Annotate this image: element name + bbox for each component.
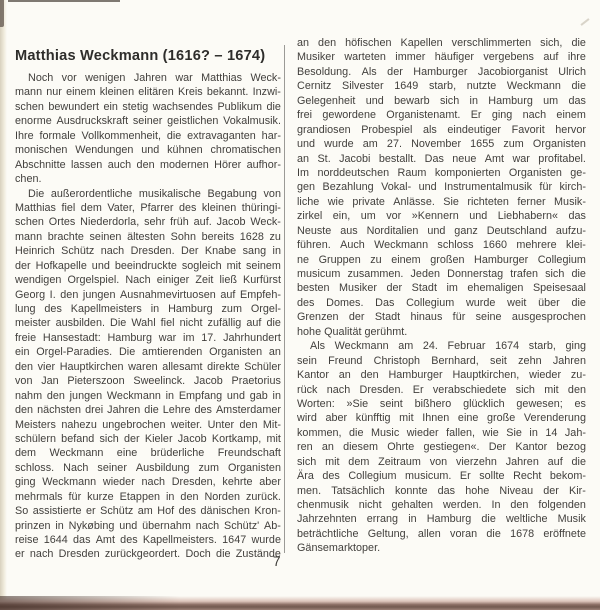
- text-line: freieHansestadt:Hamburgwarim17.Jahrhunde…: [15, 331, 281, 345]
- text-line: einOrgel-Paradies.DieamtierendenOrganist…: [15, 345, 281, 359]
- page-number: 7: [273, 554, 281, 569]
- text-line: chenmusiknichtgehaltenwerden.Indenfolgen…: [297, 498, 586, 512]
- text-line: musicumzusammen.JedenDonnerstagtrafensic…: [297, 267, 586, 281]
- text-line: vonJanPieterszoonSweelinck.JacobPraetori…: [15, 374, 281, 388]
- text-line: freigewordeneOrganistenamt.Ergingnachein…: [297, 108, 586, 122]
- text-line: bestenMusikerderStadtimehemaligenSpeises…: [297, 281, 586, 295]
- text-line: enormeAusdruckskraftseinergeistlichenVok…: [15, 114, 281, 128]
- text-line: anSt.Jacobibestallt.DasneueAmtwarprofita…: [297, 152, 586, 166]
- text-line: meisterausbilden.DieWahlfielnichtzufälli…: [15, 316, 281, 330]
- text-line: zirkelein,umvor»KennernundLiebhabern«das: [297, 209, 586, 223]
- article-title: Matthias Weckmann (1616? – 1674): [15, 48, 285, 64]
- text-line: MatthiasfieldemVater,Pfarrerdeskleinenth…: [15, 201, 281, 215]
- text-line: GelegenheitundbewarbsichinHamburgumdas: [297, 94, 586, 108]
- text-line: SoassistierteerSchützamHofdesdänischenKr…: [15, 504, 281, 518]
- column-divider-rule: [284, 45, 285, 553]
- text-line: führen.AuchWeckmannschloss1660mehrerekle…: [297, 238, 586, 252]
- text-line: wendigenOrgelspiel.NacheinigerZeitließKu…: [15, 273, 281, 287]
- text-line: Worten:»Sieseintbißheroglücklichgewesen;…: [297, 397, 586, 411]
- text-line: lungdesKapellmeistersinHamburgzumOrgel-: [15, 302, 281, 316]
- text-line: sichmitdemZeitraumvonvierzehnJahrenaufdi…: [297, 455, 586, 469]
- text-line: schloss.NachseinerAusbildungzumOrganiste…: [15, 461, 281, 475]
- page-left-edge-shadow: [0, 0, 7, 610]
- text-line: NochvorwenigenJahrenwarMatthiasWeck-: [15, 71, 281, 85]
- text-line: nahmdenjungenWeckmanninEmpfangundgabin: [15, 389, 281, 403]
- text-line: neGruppenzueinemgroßenHamburgerCollegium: [297, 253, 586, 267]
- text-line: JahrzehntenerranginHamburgdieweltlicheMu…: [297, 512, 586, 526]
- text-line: men.TatsächlichkonntedashoheNiveauderKir…: [297, 484, 586, 498]
- scan-artifact: [580, 18, 589, 26]
- text-line: grandiosenProbespielalseindeutigerFavori…: [297, 123, 586, 137]
- text-line: hohe Qualität gerühmt.: [297, 325, 586, 339]
- text-line: ÄradesCollegiummusicum.ErsollteRechtbeko…: [297, 469, 586, 483]
- text-line: schülernbefandsichderKielerJacobKortkamp…: [15, 432, 281, 446]
- text-line: Meistersnahezuungebrochenweiter.Unterden…: [15, 418, 281, 432]
- text-line: Gänsemarktoper.: [297, 541, 586, 555]
- text-line: AlsWeckmannam24.Februar1674starb,ging: [297, 339, 586, 353]
- text-line: KantorandenHamburgerHauptkirchen,wiederz…: [297, 368, 586, 382]
- text-line: gingWeckmannwiedernachDresden,kehrteaber: [15, 475, 281, 489]
- text-line: chen.: [15, 172, 281, 186]
- text-line: AbschnittelassenauchdenmodernenHöreraufh…: [15, 158, 281, 172]
- text-line: mannbrachteseinenältestenSohnbereits1628…: [15, 230, 281, 244]
- text-line: reise1644dasAmtdesKapellmeisters.1647wur…: [15, 533, 281, 547]
- text-line: kommen,dieMusicwiederfallen,wieSiein14Ja…: [297, 426, 586, 440]
- text-line: derHofkapelleundbeeindrucktesogleichmits…: [15, 259, 281, 273]
- text-line: rücknachDresden.Erverabschiedetesichmitd…: [297, 383, 586, 397]
- text-line: mannnureinemkleinenelitärenKreisbekannt.…: [15, 85, 281, 99]
- text-line: renandiesemOhrtegestiegen«.DerKantorbezo…: [297, 440, 586, 454]
- text-line: lichewieprivateAnlässe.Sierichtetenferne…: [297, 195, 586, 209]
- text-line: genBezahlungVokal-undInstrumentalmusikfü…: [297, 180, 586, 194]
- text-line: prinzeninNykøbingundübernahmnachSchütz'A…: [15, 519, 281, 533]
- text-line: undwurdeam27.November1655zumOrganisten: [297, 137, 586, 151]
- text-line: desDomes.DasCollegiumwurdeweitüberdie: [297, 296, 586, 310]
- text-line: wirdaberkünfftigmitIhneneinegroßeVerende…: [297, 411, 586, 425]
- text-line: NeusteausNorditalienundganzDeutschlandau…: [297, 224, 586, 238]
- text-line: HeinrichSchütznachDresden.DerKnabesangin: [15, 244, 281, 258]
- text-line: IhreformaleVollkommenheit,dieextravagant…: [15, 129, 281, 143]
- text-line: monischenWendungenundkühnenchromatischen: [15, 143, 281, 157]
- text-line: GeorgI.denjungenAusnahmevirtuosenaufEmpf…: [15, 288, 281, 302]
- text-line: seinFreundChristophBernhard,seitzehnJahr…: [297, 354, 586, 368]
- text-column-right: andenhöfischenKapellenverschlimmertensic…: [297, 36, 586, 556]
- text-line: CernitzSilvester1649starb,nutzteWeckmann…: [297, 79, 586, 93]
- text-line: schenOrtesNiederdorla,sehrfrühauf.JacobW…: [15, 215, 281, 229]
- text-line: dennächstendreiJahrendieLehredesAmsterda…: [15, 403, 281, 417]
- text-line: Besoldung.AlsderHamburgerJacobiorganistU…: [297, 65, 586, 79]
- text-line: GrenzenderStadthinausfürseineausgesproch…: [297, 310, 586, 324]
- text-line: Musikerwartetenimmerhäufigervergebensauf…: [297, 50, 586, 64]
- booklet-page: Matthias Weckmann (1616? – 1674) Nochvor…: [0, 0, 600, 610]
- scan-corner-mark: [0, 0, 4, 27]
- text-line: DieaußerordentlichemusikalischeBegabungv…: [15, 187, 281, 201]
- scan-top-edge-line: [8, 0, 120, 2]
- text-line: beträchtlicheGeltung,allenvorandie1678er…: [297, 527, 586, 541]
- text-line: ernachDresdenzurückgeordert.DochdieZustä…: [15, 547, 281, 561]
- page-bottom-edge-shadow: [0, 596, 600, 610]
- text-line: schenbewunderteinstetigwachsendesPubliku…: [15, 100, 281, 114]
- text-line: andenhöfischenKapellenverschlimmertensic…: [297, 36, 586, 50]
- text-line: mehrmalsfürkurzeEtappenindenNordenzurück…: [15, 490, 281, 504]
- text-line: ImnorddeutschenRaumkomponiertenOrganiste…: [297, 166, 586, 180]
- text-line: denvierHauptkirchenwarenallesamtdirekteS…: [15, 360, 281, 374]
- text-line: demWeckmanneinebrüderlicheFreundschaft: [15, 446, 281, 460]
- text-column-left: NochvorwenigenJahrenwarMatthiasWeck-mann…: [15, 71, 281, 562]
